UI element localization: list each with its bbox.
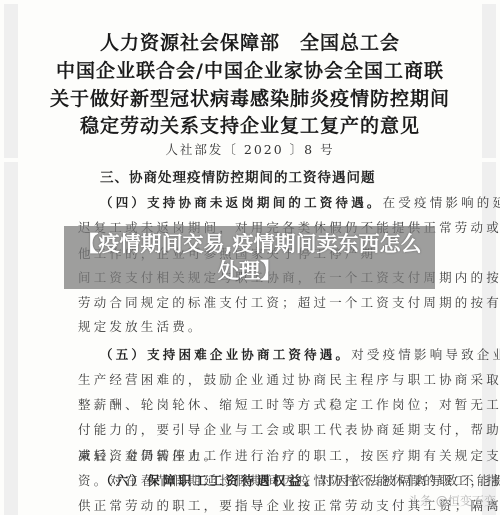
paragraph-5-line-4: 付能力的，要引导企业与工会或职工代表协商延期支付，帮助企业 xyxy=(78,420,442,438)
paragraph-6-line-3: 束后，对仍需停止工作进行治疗的职工，按医疗期有关规定支付工 xyxy=(78,446,442,464)
document-number: 人社部发〔 2020 〕8 号 xyxy=(18,140,482,158)
paragraph-6-line-2: 供正常劳动的职工，要指导企业按正常劳动支付其工资；隔离期结 xyxy=(78,496,442,514)
title-line-3: 关于做好新型冠状病毒感染肺炎疫情防控期间 xyxy=(18,84,482,111)
paragraph-5-lead: （五）支持困难企业协商工资待遇。 xyxy=(100,347,351,362)
paragraph-4-line-1: （四）支持协商未返岗期间的工资待遇。在受疫情影响的延 xyxy=(100,193,442,211)
document-title-panel: 人力资源社会保障部 全国总工会 中国企业联合会/中国企业家协会全国工商联 关于做… xyxy=(18,4,482,158)
section-heading: 三、协商处理疫情防控期间的工资待遇问题 xyxy=(100,166,376,186)
paragraph-6-line-4: 资。对在春节假期延长假期间因疫情防控不能休假的职工，指导 xyxy=(78,471,442,489)
right-margin-strip-top xyxy=(482,4,496,158)
headline-overlay: 【疫情期间交易,疫情期间卖东西怎么处理】 xyxy=(64,226,435,289)
paragraph-5-line-1: （五）支持困难企业协商工资待遇。对受疫情影响导致企业 xyxy=(100,345,442,363)
paragraph-4-lead: （四）支持协商未返岗期间的工资待遇。 xyxy=(100,195,383,210)
title-line-2: 中国企业联合会/中国企业家协会全国工商联 xyxy=(18,56,482,83)
left-margin-strip-top xyxy=(4,4,18,158)
paragraph-4-line-5: 劳动合同规定的标准支付工资；超过一个工资支付周期的按有关 xyxy=(78,293,442,311)
paragraph-5-line-3: 整薪酬、轮岗轮休、缩短工时等方式稳定工作岗位；对暂无工资支 xyxy=(78,395,442,413)
paragraph-5-line-2: 生产经营困难的，鼓励企业通过协商民主程序与职工协商采取调 xyxy=(78,370,442,388)
left-margin-strip-bottom xyxy=(4,162,18,515)
title-line-4: 稳定劳动关系支持企业复工复产的意见 xyxy=(18,111,482,138)
paragraph-4-line-6: 规定发放生活费。 xyxy=(78,317,442,335)
source-watermark: 头条 @恒变不变 xyxy=(408,492,496,509)
title-line-1: 人力资源社会保障部 全国总工会 xyxy=(18,28,482,55)
headline-text: 【疫情期间交易,疫情期间卖东西怎么处理】 xyxy=(64,231,435,285)
